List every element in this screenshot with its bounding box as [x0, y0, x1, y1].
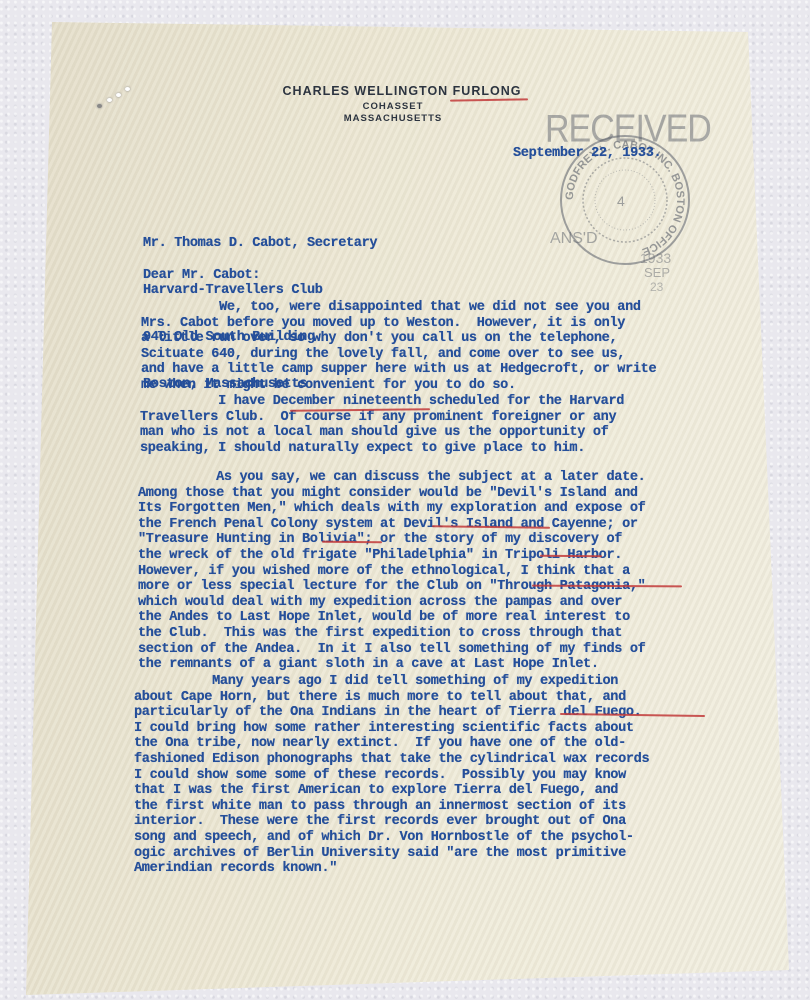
paragraph-2: I have December nineteenth scheduled for… [140, 394, 624, 456]
letter-line: and have a little camp supper here with … [141, 362, 656, 378]
svg-text:4: 4 [617, 193, 625, 209]
answered-label: ANS'D [550, 230, 598, 248]
letter-line: Scituate 640, during the lovely fall, an… [141, 347, 656, 363]
salutation: Dear Mr. Cabot: [143, 268, 260, 284]
letter-line: man who is not a local man should give u… [140, 425, 624, 441]
letter-line: the Ona tribe, now nearly extinct. If yo… [134, 736, 649, 752]
letter-line: "Treasure Hunting in Bolivia"; or the st… [138, 532, 646, 548]
letter-line: that I was the first American to explore… [134, 783, 649, 799]
address-line: Mr. Thomas D. Cabot, Secretary [143, 236, 377, 252]
received-stamp: RECEIVED GODFREY L. CABOT INC. BOSTON OF… [540, 110, 720, 310]
letter-line: We, too, were disappointed that we did n… [141, 300, 656, 316]
letter-line: I could show some some of these records.… [134, 768, 649, 784]
letter-line: the French Penal Colony system at Devil'… [138, 517, 646, 533]
stamp-day: 23 [650, 280, 663, 294]
letter-line: I have December nineteenth scheduled for… [140, 394, 624, 410]
letter-date: September 22, 1933. [513, 146, 661, 162]
letter-line: me when it might be convenient for you t… [141, 378, 656, 394]
letter-line: about Cape Horn, but there is much more … [134, 690, 649, 706]
letterhead-name: CHARLES WELLINGTON FURLONG [0, 84, 807, 98]
letter-line: speaking, I should naturally expect to g… [140, 441, 624, 457]
letter-line: song and speech, and of which Dr. Von Ho… [134, 830, 649, 846]
letter-line: Travellers Club. Of course if any promin… [140, 410, 624, 426]
letter-line: interior. These were the first records e… [134, 814, 649, 830]
address-line: Harvard-Travellers Club [143, 283, 377, 299]
letter-line: Among those that you might consider woul… [138, 486, 646, 502]
letter-line: I could bring how some rather interestin… [134, 721, 649, 737]
stamp-month: SEP [644, 265, 670, 280]
letter-line: which would deal with my expedition acro… [138, 595, 646, 611]
paragraph-4: Many years ago I did tell something of m… [134, 674, 649, 877]
letter-line: ogic archives of Berlin University said … [134, 846, 649, 862]
letter-line: the remnants of a giant sloth in a cave … [138, 657, 646, 673]
letter-line: Amerindian records known." [134, 861, 649, 877]
letter-line: However, if you wished more of the ethno… [138, 564, 646, 580]
letter-line: fashioned Edison phonographs that take t… [134, 752, 649, 768]
letter-line: the first white man to pass through an i… [134, 799, 649, 815]
letter-line: more or less special lecture for the Clu… [138, 579, 646, 595]
letter-line: Many years ago I did tell something of m… [134, 674, 649, 690]
stamp-year: 1933 [640, 250, 671, 266]
letter-line: the Club. This was the first expedition … [138, 626, 646, 642]
letter-line: As you say, we can discuss the subject a… [138, 470, 646, 486]
letter-line: Its Forgotten Men," which deals with my … [138, 501, 646, 517]
letter-line: section of the Andea. In it I also tell … [138, 642, 646, 658]
letter-line: Mrs. Cabot before you moved up to Weston… [141, 316, 656, 332]
letter-line: a little run over, so why don't you call… [141, 331, 656, 347]
paragraph-3: As you say, we can discuss the subject a… [138, 470, 646, 673]
letter-line: the Andes to Last Hope Inlet, would be o… [138, 610, 646, 626]
paragraph-1: We, too, were disappointed that we did n… [141, 300, 656, 394]
